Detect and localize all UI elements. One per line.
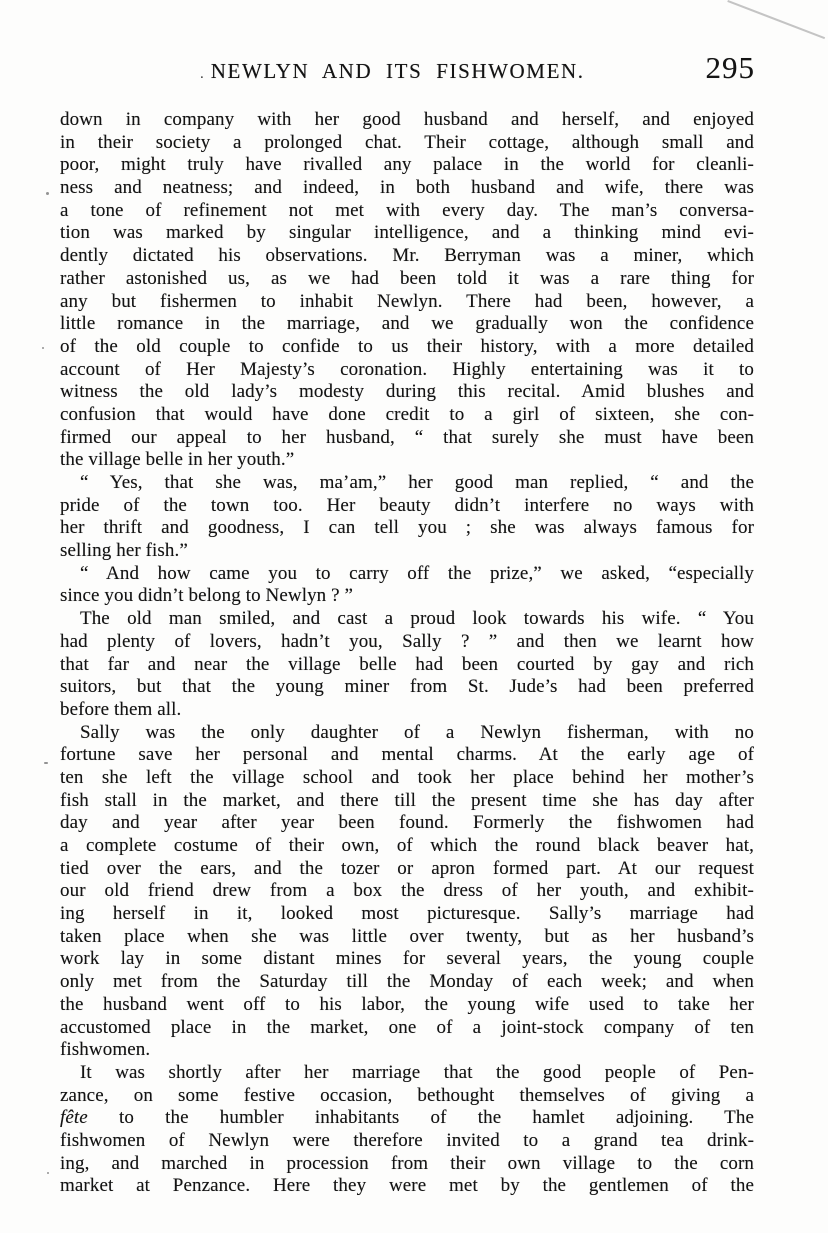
text-line: It was shortly after her marriage that t… bbox=[60, 1062, 754, 1085]
running-head: . NEWLYN AND ITS FISHWOMEN. 295 bbox=[60, 50, 755, 86]
text-line: little romance in the marriage, and we g… bbox=[60, 313, 754, 336]
text-line: firmed our appeal to her husband, “ that… bbox=[60, 427, 754, 450]
text-line: any but fishermen to inhabit Newlyn. The… bbox=[60, 291, 754, 314]
text-line: our old friend drew from a box the dress… bbox=[60, 880, 754, 903]
text-line: The old man smiled, and cast a proud loo… bbox=[60, 608, 754, 631]
text-line: witness the old lady’s modesty during th… bbox=[60, 381, 754, 404]
text-line: ing herself in it, looked most picturesq… bbox=[60, 903, 754, 926]
text-line: suitors, but that the young miner from S… bbox=[60, 676, 754, 699]
text-line: the village belle in her youth.” bbox=[60, 449, 754, 472]
text-line: selling her fish.” bbox=[60, 540, 754, 563]
text-line: had plenty of lovers, hadn’t you, Sally … bbox=[60, 631, 754, 654]
scan-artifact-dot: . bbox=[200, 66, 204, 83]
text-line: taken place when she was little over twe… bbox=[60, 926, 754, 949]
paragraph: “ Yes, that she was, ma’am,” her good ma… bbox=[60, 472, 754, 563]
text-line: poor, might truly have rivalled any pala… bbox=[60, 154, 754, 177]
text-line: tied over the ears, and the tozer or apr… bbox=[60, 858, 754, 881]
paragraph: down in company with her good husband an… bbox=[60, 109, 754, 472]
text-line: account of Her Majesty’s coronation. Hig… bbox=[60, 359, 754, 382]
text-line: a tone of refinement not met with every … bbox=[60, 200, 754, 223]
text-line: accustomed place in the market, one of a… bbox=[60, 1017, 754, 1040]
text-line: rather astonished us, as we had been tol… bbox=[60, 268, 754, 291]
text-line: of the old couple to confide to us their… bbox=[60, 336, 754, 359]
text-line: “ And how came you to carry off the priz… bbox=[60, 563, 754, 586]
text-line: pride of the town too. Her beauty didn’t… bbox=[60, 495, 754, 518]
text-line: dently dictated his observations. Mr. Be… bbox=[60, 245, 754, 268]
page-number: 295 bbox=[706, 50, 756, 86]
paragraph: Sally was the only daughter of a Newlyn … bbox=[60, 722, 754, 1062]
text-line: confusion that would have done credit to… bbox=[60, 404, 754, 427]
text-line: ness and neatness; and indeed, in both h… bbox=[60, 177, 754, 200]
italic-word: fête bbox=[60, 1107, 88, 1128]
text-line: ing, and marched in procession from thei… bbox=[60, 1153, 754, 1176]
text-line: fishwomen of Newlyn were therefore invit… bbox=[60, 1130, 754, 1153]
text-line: day and year after year been found. Form… bbox=[60, 812, 754, 835]
text-line: her thrift and goodness, I can tell you … bbox=[60, 517, 754, 540]
scan-corner-mark bbox=[727, 0, 825, 39]
text-line: that far and near the village belle had … bbox=[60, 654, 754, 677]
text-line: fish stall in the market, and there till… bbox=[60, 790, 754, 813]
text-line: fête to the humbler inhabitants of the h… bbox=[60, 1107, 754, 1130]
paragraph: It was shortly after her marriage that t… bbox=[60, 1062, 754, 1198]
book-page: . NEWLYN AND ITS FISHWOMEN. 295 down in … bbox=[0, 0, 828, 1233]
text-line: work lay in some distant mines for sever… bbox=[60, 948, 754, 971]
text-line: ten she left the village school and took… bbox=[60, 767, 754, 790]
paragraph: “ And how came you to carry off the priz… bbox=[60, 563, 754, 608]
text-line: a complete costume of their own, of whic… bbox=[60, 835, 754, 858]
text-line: since you didn’t belong to Newlyn ? ” bbox=[60, 585, 754, 608]
text-line: fortune save her personal and mental cha… bbox=[60, 744, 754, 767]
paragraph: The old man smiled, and cast a proud loo… bbox=[60, 608, 754, 721]
text-line: “ Yes, that she was, ma’am,” her good ma… bbox=[60, 472, 754, 495]
text-line: the husband went off to his labor, the y… bbox=[60, 994, 754, 1017]
text-line: market at Penzance. Here they were met b… bbox=[60, 1175, 754, 1198]
scan-speck bbox=[42, 347, 44, 349]
page-body: down in company with her good husband an… bbox=[60, 109, 754, 1198]
text-line: in their society a prolonged chat. Their… bbox=[60, 132, 754, 155]
text-line: zance, on some festive occasion, bethoug… bbox=[60, 1085, 754, 1108]
text-segment: to the humbler inhabitants of the hamlet… bbox=[88, 1107, 754, 1128]
text-line: Sally was the only daughter of a Newlyn … bbox=[60, 722, 754, 745]
scan-speck bbox=[46, 192, 49, 195]
text-line: only met from the Saturday till the Mond… bbox=[60, 971, 754, 994]
text-line: before them all. bbox=[60, 699, 754, 722]
scan-speck bbox=[44, 762, 48, 764]
text-line: down in company with her good husband an… bbox=[60, 109, 754, 132]
text-line: fishwomen. bbox=[60, 1039, 754, 1062]
page-title: NEWLYN AND ITS FISHWOMEN. bbox=[211, 59, 585, 84]
text-line: tion was marked by singular intelligence… bbox=[60, 222, 754, 245]
scan-speck bbox=[47, 1172, 49, 1174]
